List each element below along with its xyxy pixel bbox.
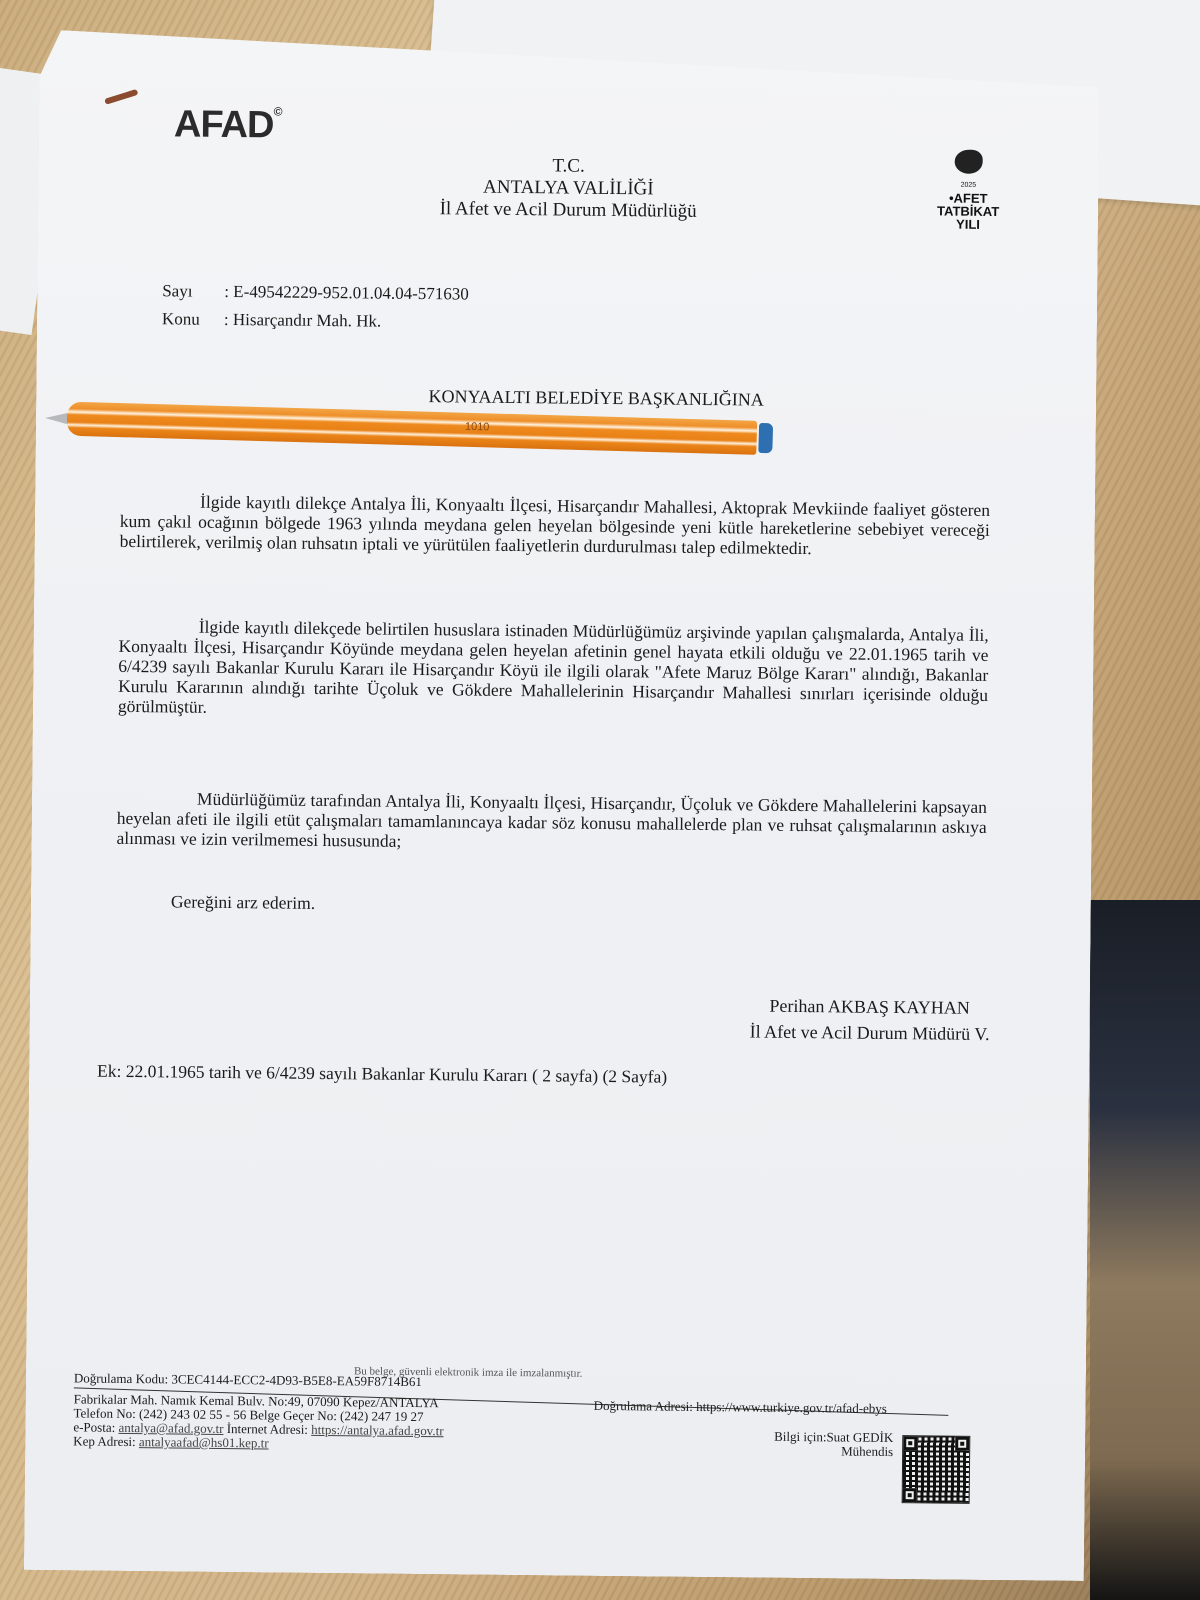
signatory-title: İl Afet ve Acil Durum Müdürü V. [669, 1018, 989, 1047]
background-object [1090, 900, 1200, 1600]
signature-block: Perihan AKBAŞ KAYHAN İl Afet ve Acil Dur… [669, 992, 970, 1047]
meta-konu: Konu : Hisarçandır Mah. Hk. [162, 309, 469, 332]
qr-code-icon [903, 1436, 970, 1503]
contact-details: Fabrikalar Mah. Namık Kemal Bulv. No:49,… [73, 1392, 444, 1452]
konu-label: Konu [162, 309, 224, 330]
paragraph-2: İlgide kayıtlı dilekçede belirtilen husu… [118, 616, 989, 725]
closing-line: Gereğini arz ederim. [171, 891, 316, 914]
verification-address-label: Doğrulama Adresi: [594, 1398, 697, 1414]
afad-logo: AFAD© [174, 103, 282, 147]
official-letter: AFAD© 2025 •AFET TATBİKAT YILI T.C. ANTA… [24, 30, 1100, 1581]
qr-finder [903, 1436, 917, 1450]
letter-meta: Sayı : E-49542229-952.01.04.04-571630 Ko… [162, 281, 469, 340]
paragraph-text: İlgide kayıtlı dilekçede belirtilen husu… [118, 616, 989, 725]
sayi-label: Sayı [162, 281, 224, 302]
verification-address: Doğrulama Adresi: https://www.turkiye.go… [594, 1399, 887, 1416]
konu-value: : Hisarçandır Mah. Hk. [224, 310, 381, 332]
verification-code: Doğrulama Kodu: 3CEC4144-ECC2-4D93-B5E8-… [74, 1371, 422, 1389]
attachment-note: Ek: 22.01.1965 tarih ve 6/4239 sayılı Ba… [97, 1061, 667, 1088]
letter-header: T.C. ANTALYA VALİLİĞİ İl Afet ve Acil Du… [38, 150, 1099, 227]
verification-address-link[interactable]: https://www.turkiye.gov.tr/afad-ebys [696, 1399, 887, 1416]
paragraph-text: Müdürlüğümüz tarafından Antalya İli, Kon… [116, 788, 987, 857]
contact-role: Mühendis [703, 1443, 893, 1459]
meta-sayi: Sayı : E-49542229-952.01.04.04-571630 [162, 281, 469, 304]
qr-finder [903, 1488, 917, 1502]
staple [104, 89, 138, 105]
signatory-name: Perihan AKBAŞ KAYHAN [670, 992, 970, 1021]
logo-text: AFAD [174, 103, 274, 146]
kep-label: Kep Adresi: [73, 1433, 139, 1449]
sayi-value: : E-49542229-952.01.04.04-571630 [224, 282, 469, 305]
paragraph-1: İlgide kayıtlı dilekçe Antalya İli, Kony… [120, 491, 991, 560]
logo-mark: © [274, 104, 282, 118]
paragraph-text: İlgide kayıtlı dilekçe Antalya İli, Kony… [120, 491, 991, 560]
contact-person: Bilgi için:Suat GEDİK Mühendis [703, 1429, 893, 1459]
kep-link[interactable]: antalyaafad@hs01.kep.tr [139, 1434, 269, 1450]
website-link[interactable]: https://antalya.afad.gov.tr [311, 1422, 444, 1438]
pen-tip [45, 412, 69, 425]
qr-finder [955, 1437, 969, 1451]
pen-label: 1010 [465, 421, 490, 434]
letter-footer: Bu belge, güvenli elektronik imza ile im… [74, 1365, 974, 1374]
paragraph-3: Müdürlüğümüz tarafından Antalya İli, Kon… [116, 788, 987, 857]
pen-cap [758, 423, 773, 453]
